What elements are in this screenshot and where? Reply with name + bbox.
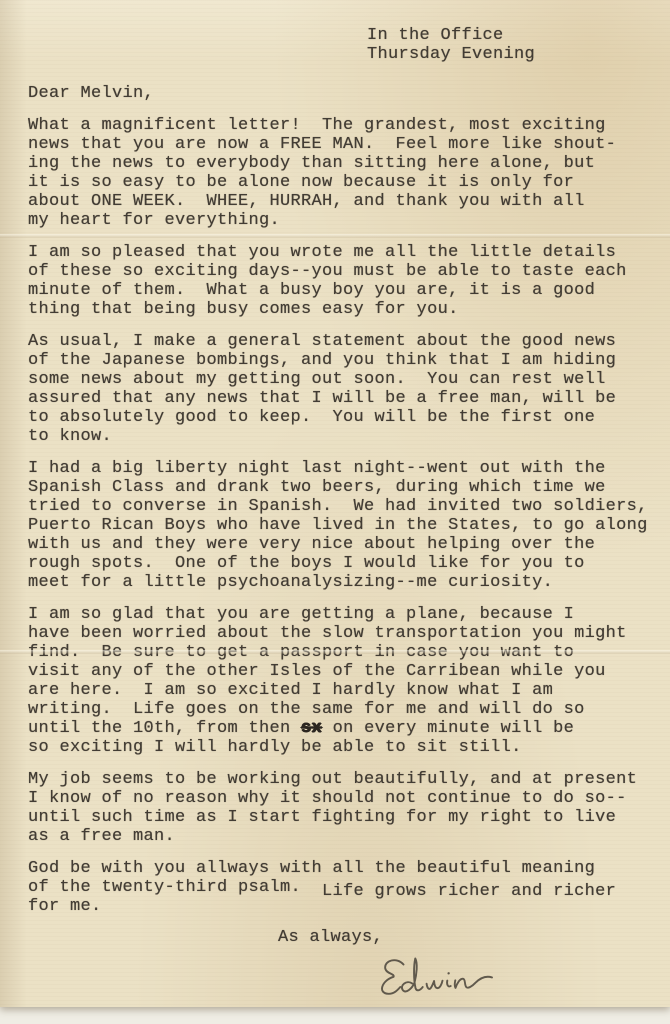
salutation: Dear Melvin, bbox=[28, 84, 652, 103]
paragraph-1: What a magnificent letter! The grandest,… bbox=[28, 116, 652, 230]
paragraph-2: I am so pleased that you wrote me all th… bbox=[28, 243, 652, 319]
paragraph-4: I had a big liberty night last night--we… bbox=[28, 459, 652, 592]
signature-handwriting bbox=[371, 946, 533, 1010]
paragraph-7-text-after: for me. bbox=[28, 897, 102, 916]
closing: As always, bbox=[278, 928, 652, 947]
paper-crease-upper bbox=[0, 234, 670, 238]
dateline-place: In the Office bbox=[367, 26, 652, 45]
paragraph-7-shifted-text: Life grows richer and richer bbox=[322, 882, 616, 901]
paragraph-5: I am so glad that you are getting a plan… bbox=[28, 605, 652, 757]
paragraph-3: As usual, I make a general statement abo… bbox=[28, 332, 652, 446]
dateline-time: Thursday Evening bbox=[367, 45, 652, 64]
letter-page: In the OfficeThursday Evening Dear Melvi… bbox=[0, 0, 670, 1007]
paragraph-6: My job seems to be working out beautiful… bbox=[28, 770, 652, 846]
signature-edwin-drawing bbox=[371, 946, 533, 1010]
paragraph-7: God be with you allways with all the bea… bbox=[28, 859, 652, 916]
dateline: In the OfficeThursday Evening bbox=[367, 26, 652, 64]
struck-out-word: sx bbox=[301, 719, 322, 738]
